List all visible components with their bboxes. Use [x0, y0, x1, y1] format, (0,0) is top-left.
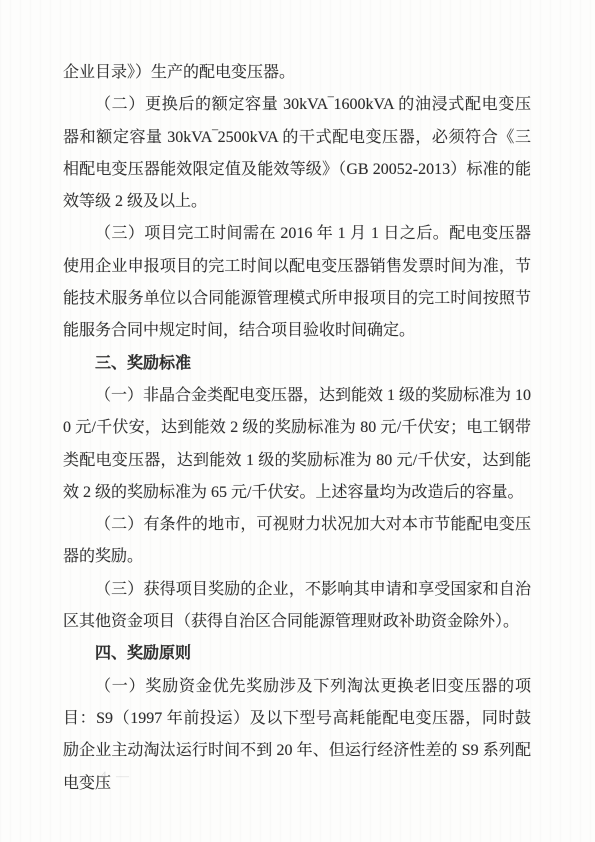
paragraph: （一）奖励资金优先奖励涉及下列淘汰更换老旧变压器的项目：S9（1997 年前投运…: [63, 671, 531, 800]
section-heading: 四、奖励原则: [63, 638, 531, 670]
paragraph: （二）更换后的额定容量 30kVA‾1600kVA 的油浸式配电变压器和额定容量…: [63, 89, 531, 218]
section-heading: 三、奖励标准: [63, 348, 531, 380]
document-body: 企业目录》）生产的配电变压器。（二）更换后的额定容量 30kVA‾1600kVA…: [63, 57, 531, 800]
document-page: 企业目录》）生产的配电变压器。（二）更换后的额定容量 30kVA‾1600kVA…: [0, 0, 595, 842]
paragraph: （一）非晶合金类配电变压器，达到能效 1 级的奖励标准为 100 元/千伏安，达…: [63, 380, 531, 509]
paragraph: （三）获得项目奖励的企业，不影响其申请和享受国家和自治区其他资金项目（获得自治区…: [63, 574, 531, 639]
page-number: — 4 —: [78, 768, 132, 784]
paragraph: 企业目录》）生产的配电变压器。: [63, 57, 531, 89]
paragraph: （三）项目完工时间需在 2016 年 1 月 1 日之后。配电变压器使用企业申报…: [63, 218, 531, 347]
paragraph: （二）有条件的地市，可视财力状况加大对本市节能配电变压器的奖励。: [63, 509, 531, 574]
